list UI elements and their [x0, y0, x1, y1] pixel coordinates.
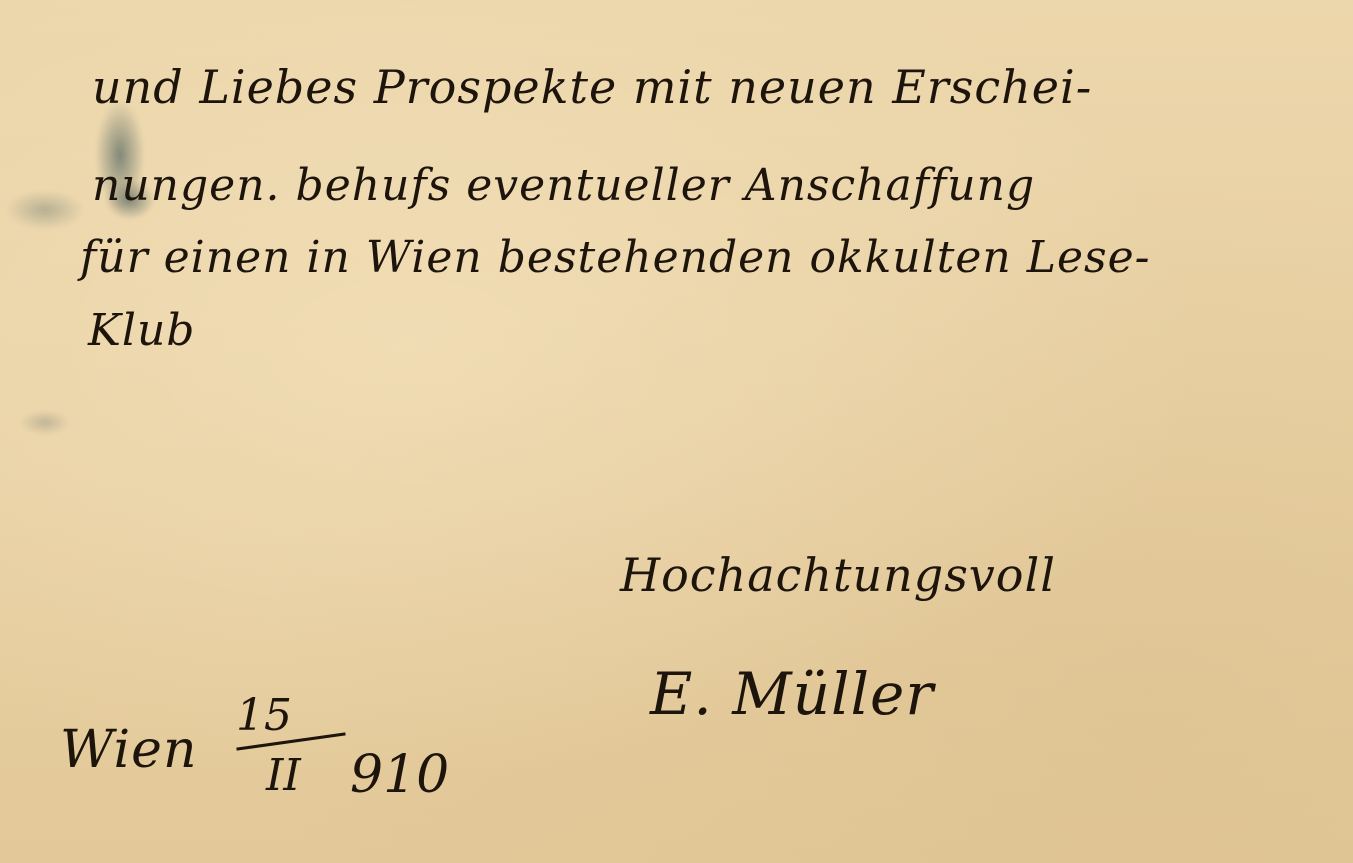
dateline-day-month: 15 II: [236, 690, 346, 810]
dateline-month: II: [266, 750, 301, 801]
stamp-smudge: [20, 410, 70, 435]
dateline-place: Wien: [60, 720, 197, 780]
dateline-day: 15: [236, 690, 292, 741]
body-line-1: und Liebes Prospekte mit neuen Erschei-: [92, 60, 1092, 114]
dateline-year: 910: [350, 745, 449, 805]
closing-salutation: Hochachtungsvoll: [620, 548, 1056, 602]
body-line-3: für einen in Wien bestehenden okkulten L…: [80, 232, 1151, 283]
stamp-smudge: [5, 190, 85, 230]
postcard: und Liebes Prospekte mit neuen Erschei- …: [0, 0, 1353, 863]
body-line-2: nungen. behufs eventueller Anschaffung: [92, 160, 1035, 211]
signature: E. Müller: [650, 660, 934, 728]
body-line-4: Klub: [88, 305, 195, 356]
